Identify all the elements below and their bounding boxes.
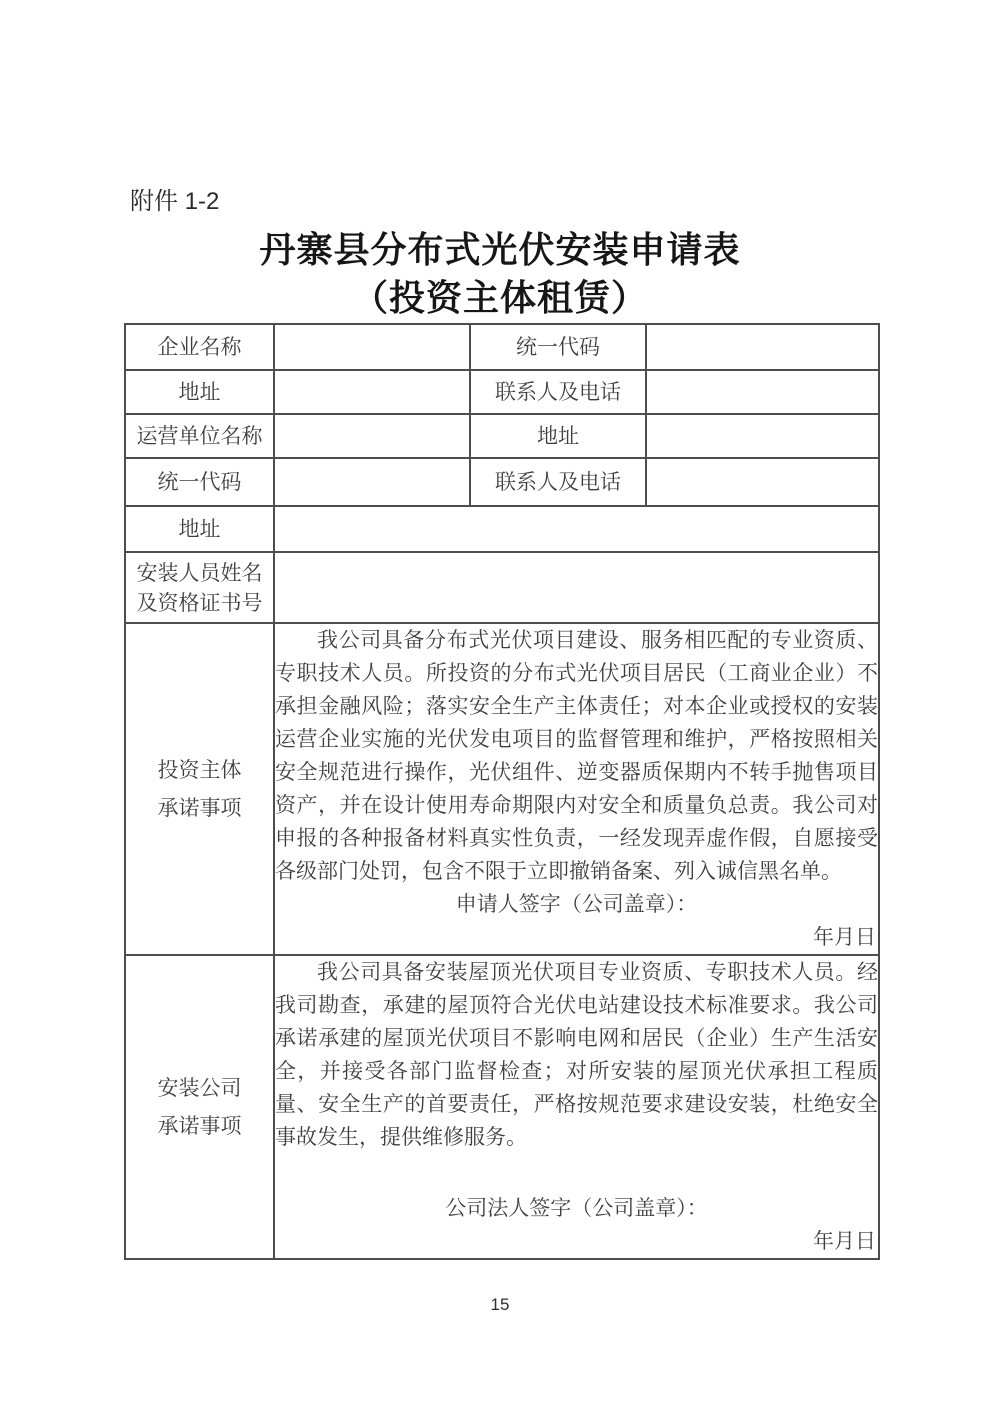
applicant-signature-label: 申请人签字（公司盖章）： [275, 888, 878, 921]
table-row-investor-commitment: 投资主体 承诺事项 我公司具备分布式光伏项目建设、服务相匹配的专业资质、专职技术… [125, 623, 879, 955]
value-cell-address-c [274, 506, 879, 552]
label-installer-commitment-line2: 承诺事项 [126, 1107, 273, 1145]
application-form-table: 企业名称 统一代码 地址 联系人及电话 运营单位名称 地址 统一代码 联系人及 [124, 323, 880, 1260]
label-investor-commitment-line2: 承诺事项 [126, 789, 273, 827]
value-cell-operator-name [274, 414, 470, 458]
document-page: 附件 1-2 丹寨县分布式光伏安装申请表 （投资主体租赁） 企业名称 统一代码 … [0, 0, 1000, 1414]
installer-date-label: 年月日 [275, 1225, 878, 1258]
label-address-a: 地址 [125, 370, 274, 414]
investor-commitment-text: 我公司具备分布式光伏项目建设、服务相匹配的专业资质、专职技术人员。所投资的分布式… [275, 624, 878, 888]
label-installer-commitment-line1: 安装公司 [126, 1069, 273, 1107]
value-cell-contact-phone-a [646, 370, 879, 414]
investor-commitment-cell: 我公司具备分布式光伏项目建设、服务相匹配的专业资质、专职技术人员。所投资的分布式… [274, 623, 879, 955]
label-address-b: 地址 [470, 414, 646, 458]
table-row-installer: 安装人员姓名 及资格证书号 [125, 552, 879, 623]
page-number: 15 [0, 1295, 1000, 1315]
legal-person-signature-label: 公司法人签字（公司盖章）： [275, 1192, 878, 1225]
value-cell-unified-code-a [646, 324, 879, 370]
label-installer-commitment: 安装公司 承诺事项 [125, 955, 274, 1259]
installer-commitment-cell: 我公司具备安装屋顶光伏项目专业资质、专职技术人员。经我司勘查，承建的屋顶符合光伏… [274, 955, 879, 1259]
label-operator-name: 运营单位名称 [125, 414, 274, 458]
label-address-c: 地址 [125, 506, 274, 552]
value-cell-contact-phone-b [646, 458, 879, 506]
table-row-address-full: 地址 [125, 506, 879, 552]
label-investor-commitment-line1: 投资主体 [126, 751, 273, 789]
label-investor-commitment: 投资主体 承诺事项 [125, 623, 274, 955]
label-contact-phone-a: 联系人及电话 [470, 370, 646, 414]
table-row-enterprise: 企业名称 统一代码 [125, 324, 879, 370]
form-subtitle: （投资主体租赁） [0, 270, 1000, 321]
table-row-enterprise-address: 地址 联系人及电话 [125, 370, 879, 414]
table-row-operator-code: 统一代码 联系人及电话 [125, 458, 879, 506]
installer-commitment-text: 我公司具备安装屋顶光伏项目专业资质、专职技术人员。经我司勘查，承建的屋顶符合光伏… [275, 956, 878, 1154]
label-installer-line2: 及资格证书号 [126, 588, 273, 618]
label-unified-code-a: 统一代码 [470, 324, 646, 370]
label-contact-phone-b: 联系人及电话 [470, 458, 646, 506]
value-cell-address-a [274, 370, 470, 414]
label-enterprise-name: 企业名称 [125, 324, 274, 370]
attachment-label: 附件 1-2 [130, 181, 219, 216]
table-row-operator: 运营单位名称 地址 [125, 414, 879, 458]
value-cell-installer [274, 552, 879, 623]
value-cell-address-b [646, 414, 879, 458]
label-installer-line1: 安装人员姓名 [126, 558, 273, 588]
value-cell-unified-code-b [274, 458, 470, 506]
label-unified-code-b: 统一代码 [125, 458, 274, 506]
form-title: 丹寨县分布式光伏安装申请表 [0, 222, 1000, 273]
investor-date-label: 年月日 [275, 921, 878, 954]
table-row-installer-commitment: 安装公司 承诺事项 我公司具备安装屋顶光伏项目专业资质、专职技术人员。经我司勘查… [125, 955, 879, 1259]
value-cell-enterprise-name [274, 324, 470, 370]
label-installer-name-cert: 安装人员姓名 及资格证书号 [125, 552, 274, 623]
